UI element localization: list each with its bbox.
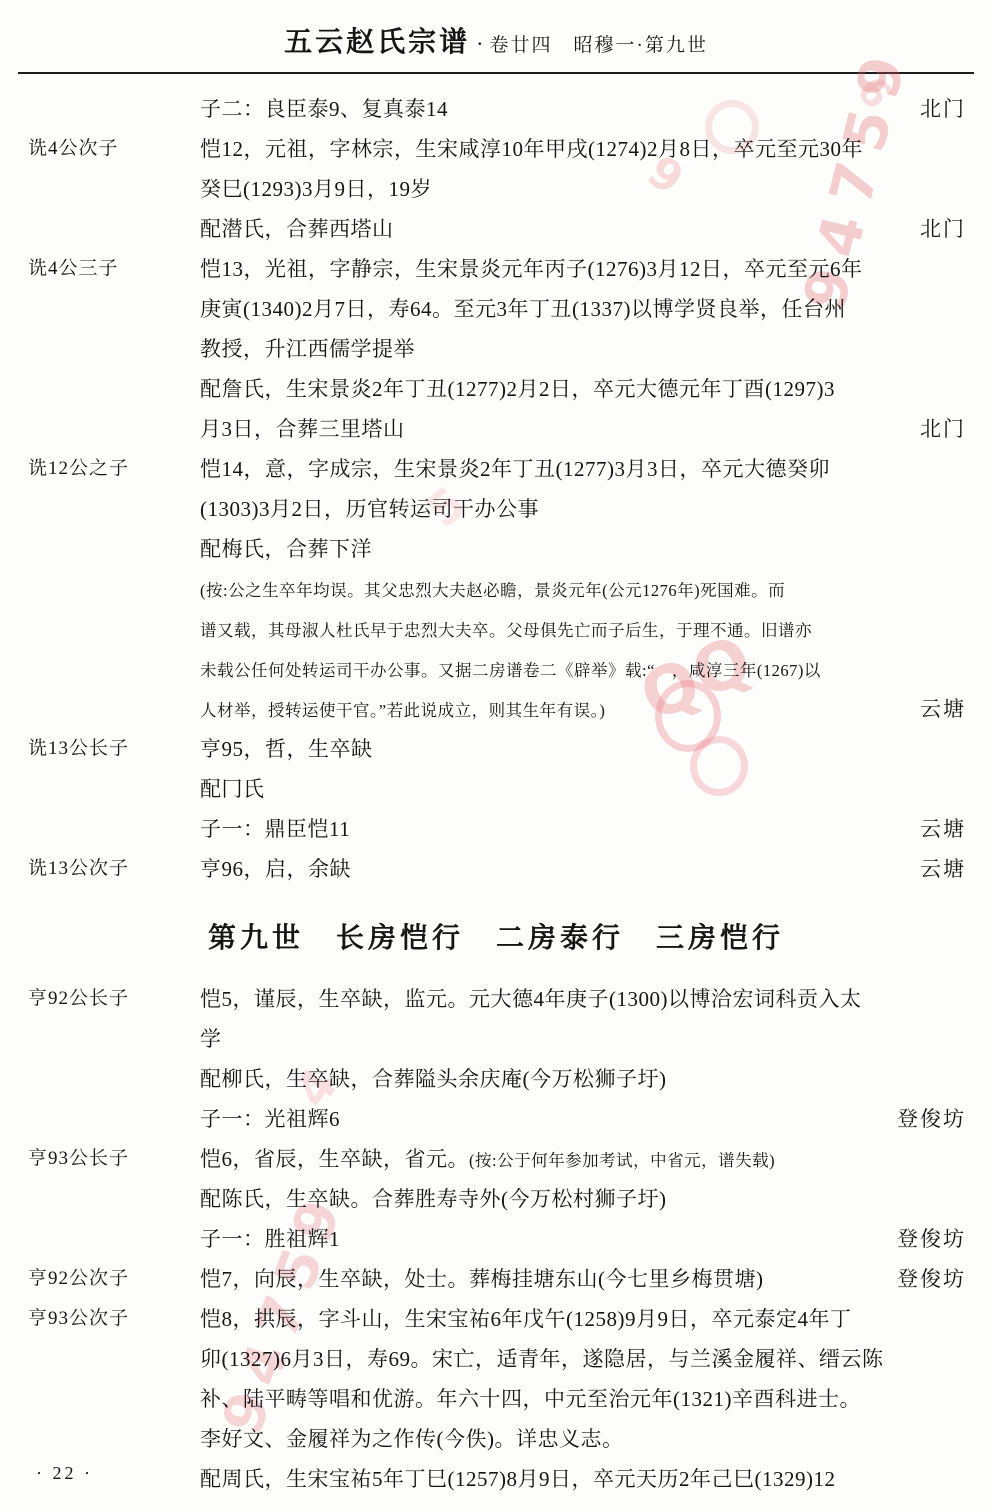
- page-number: · 22 ·: [36, 1463, 93, 1484]
- entry-line: 教授，升江西儒学提举: [200, 330, 966, 370]
- entry-line: 恺5，谨辰，生卒缺，监元。元大德4年庚子(1300)以博洽宏词科贡入太: [200, 980, 966, 1020]
- entry-line: 子一：胜祖辉1登俊坊: [200, 1220, 966, 1260]
- page-header: 五云赵氏宗谱·卷廿四 昭穆一·第九世: [0, 0, 992, 60]
- entry-line: (按:公之生卒年均误。其父忠烈大夫赵必瞻，景炎元年(公元1276年)死国难。而: [200, 570, 966, 610]
- entry-line: 恺8，拱辰，字斗山，生宋宝祐6年戊午(1258)9月9日，卒元泰定4年丁: [200, 1300, 966, 1340]
- entry: 诜13公长子 亨95，哲，生卒缺 配冂氏 子一：鼎臣恺11云塘: [0, 730, 992, 850]
- place-tag: 云塘: [920, 690, 966, 728]
- entry-line: 恺13，光祖，字静宗，生宋景炎元年丙子(1276)3月12日，卒元至元6年: [200, 250, 966, 290]
- entry-line: 配周氏，生宋宝祐5年丁巳(1257)8月9日，卒元天历2年己巳(1329)12: [200, 1460, 966, 1500]
- entry-line: (1303)3月2日，历官转运司干办公事: [200, 490, 966, 530]
- entry-line: 恺7，向辰，生卒缺，处士。葬梅挂塘东山(今七里乡梅贯塘)登俊坊: [200, 1260, 966, 1300]
- entry: 诜4公次子 恺12，元祖，字林宗，生宋咸淳10年甲戌(1274)2月8日，卒元至…: [0, 130, 992, 250]
- entry-line: 李好文、金履祥为之作传(今佚)。详忠义志。: [200, 1420, 966, 1460]
- entry-line: 恺12，元祖，字林宗，生宋咸淳10年甲戌(1274)2月8日，卒元至元30年: [200, 130, 966, 170]
- place-tag: 北门: [920, 90, 966, 128]
- entry-line: 人材举，授转运使干官。”若此说成立，则其生年有误。)云塘: [200, 690, 966, 730]
- entry-label: 诜4公次子: [28, 130, 119, 168]
- entry-line: 恺6，省辰，生卒缺，省元。(按:公于何年参加考试，中省元，谱失载): [200, 1140, 966, 1180]
- place-tag: 登俊坊: [897, 1220, 966, 1258]
- section-heading: 第九世 长房恺行 二房泰行 三房恺行: [0, 916, 992, 956]
- place-tag: 登俊坊: [897, 1100, 966, 1138]
- entry-line: 学: [200, 1020, 966, 1060]
- place-tag: 北门: [920, 410, 966, 448]
- title-separator: ·: [470, 31, 489, 56]
- genealogy-content: 子二：良臣泰9、复真泰14北门 诜4公次子 恺12，元祖，字林宗，生宋咸淳10年…: [0, 74, 992, 1500]
- entry-line: 配詹氏，生宋景炎2年丁丑(1277)2月2日，卒元大德元年丁酉(1297)3: [200, 370, 966, 410]
- entry-label: 亨93公次子: [28, 1300, 129, 1338]
- entry-line: 配冂氏: [200, 770, 966, 810]
- entry-line: 子二：良臣泰9、复真泰14北门: [200, 90, 966, 130]
- entry-line: 庚寅(1340)2月7日，寿64。至元3年丁丑(1337)以博学贤良举，任台州: [200, 290, 966, 330]
- entry-label: 亨93公长子: [28, 1140, 129, 1178]
- entry-line: 谱又载，其母淑人杜氏早于忠烈大夫卒。父母俱先亡而子后生，于理不通。旧谱亦: [200, 610, 966, 650]
- entry: 亨93公长子 恺6，省辰，生卒缺，省元。(按:公于何年参加考试，中省元，谱失载)…: [0, 1140, 992, 1260]
- entry-line: 配潜氏，合葬西塔山北门: [200, 210, 966, 250]
- entry-line: 配柳氏，生卒缺，合葬隘头余庆庵(今万松狮子圩): [200, 1060, 966, 1100]
- entry-line: 子一：光祖辉6登俊坊: [200, 1100, 966, 1140]
- entry: 诜13公次子 亨96，启，余缺云塘: [0, 850, 992, 890]
- entry-line: 月3日，合葬三里塔山北门: [200, 410, 966, 450]
- genealogy-page: 94759 QQ 94759 9 6 5 4 五云赵氏宗谱·卷廿四 昭穆一·第九…: [0, 0, 992, 1512]
- entry: 亨93公次子 恺8，拱辰，字斗山，生宋宝祐6年戊午(1258)9月9日，卒元泰定…: [0, 1300, 992, 1500]
- entry-label: 诜12公之子: [28, 450, 129, 488]
- entry-label: 诜4公三子: [28, 250, 119, 288]
- place-tag: 云塘: [920, 810, 966, 848]
- entry-line: 配梅氏，合葬下洋: [200, 530, 966, 570]
- place-tag: 云塘: [920, 850, 966, 888]
- entry-line: 亨96，启，余缺云塘: [200, 850, 966, 890]
- volume-subtitle: 卷廿四 昭穆一·第九世: [490, 35, 708, 56]
- entry-label: 亨92公长子: [28, 980, 129, 1018]
- entry-label: 诜13公次子: [28, 850, 129, 888]
- entry-line: 子一：鼎臣恺11云塘: [200, 810, 966, 850]
- entry-line: 亨95，哲，生卒缺: [200, 730, 966, 770]
- entry: 诜12公之子 恺14，意，字成宗，生宋景炎2年丁丑(1277)3月3日，卒元大德…: [0, 450, 992, 730]
- entry-line: 补、陆平畴等唱和优游。年六十四，中元至治元年(1321)辛酉科进士。: [200, 1380, 966, 1420]
- entry: 诜4公三子 恺13，光祖，字静宗，生宋景炎元年丙子(1276)3月12日，卒元至…: [0, 250, 992, 450]
- entry-line: 未载公任何处转运司干办公事。又据二房谱卷二《辟举》载:“ ，咸淳三年(1267)…: [200, 650, 966, 690]
- book-title: 五云赵氏宗谱: [284, 27, 470, 58]
- place-tag: 登俊坊: [897, 1260, 966, 1298]
- entry-line: 恺14，意，字成宗，生宋景炎2年丁丑(1277)3月3日，卒元大德癸卯: [200, 450, 966, 490]
- entry-label: 亨92公次子: [28, 1260, 129, 1298]
- entry: 子二：良臣泰9、复真泰14北门: [0, 90, 992, 130]
- entry-line: 配陈氏，生卒缺。合葬胜寿寺外(今万松村狮子圩): [200, 1180, 966, 1220]
- place-tag: 北门: [920, 210, 966, 248]
- entry: 亨92公长子 恺5，谨辰，生卒缺，监元。元大德4年庚子(1300)以博洽宏词科贡…: [0, 980, 992, 1140]
- entry-line: 卯(1327)6月3日，寿69。宋亡，适青年，遂隐居，与兰溪金履祥、缙云陈: [200, 1340, 966, 1380]
- entry-line: 癸巳(1293)3月9日，19岁: [200, 170, 966, 210]
- entry: 亨92公次子 恺7，向辰，生卒缺，处士。葬梅挂塘东山(今七里乡梅贯塘)登俊坊: [0, 1260, 992, 1300]
- entry-label: 诜13公长子: [28, 730, 129, 768]
